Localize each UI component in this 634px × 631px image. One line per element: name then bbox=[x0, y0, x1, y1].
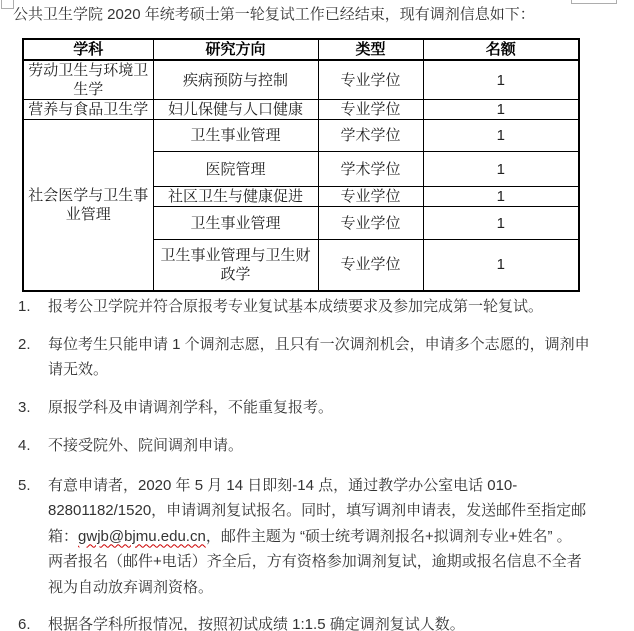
note-text-line: 报考公卫学院并符合原报考专业复试基本成绩要求及参加完成第一轮复试。 bbox=[48, 294, 618, 320]
note-item-1: 1. 报考公卫学院并符合原报考专业复试基本成绩要求及参加完成第一轮复试。 bbox=[18, 294, 618, 320]
cell-subject: 社会医学与卫生事 业管理 bbox=[23, 120, 153, 291]
cell-quota: 1 bbox=[423, 60, 579, 100]
note-number: 5. bbox=[18, 473, 31, 499]
note-text-line: 原报学科及申请调剂学科，不能重复报考。 bbox=[48, 395, 618, 421]
cell-direction: 卫生事业管理 bbox=[153, 120, 318, 152]
note-item-3: 3. 原报学科及申请调剂学科，不能重复报考。 bbox=[18, 395, 618, 421]
intro-paragraph: 公共卫生学院 2020 年统考硕士第一轮复试工作已经结束，现有调剂信息如下： bbox=[13, 4, 535, 26]
subject-line: 业管理 bbox=[27, 205, 150, 224]
note-text-segment: ，邮件主题为 “硕士统考调剂报名+拟调剂专业+姓名” 。 bbox=[206, 528, 572, 545]
cell-direction: 妇儿保健与人口健康 bbox=[153, 100, 318, 120]
cell-type: 专业学位 bbox=[318, 187, 423, 207]
note-item-4: 4. 不接受院外、院间调剂申请。 bbox=[18, 433, 618, 459]
top-right-corner-mark bbox=[571, 0, 617, 4]
cell-subject: 劳动卫生与环境卫 生学 bbox=[23, 60, 153, 100]
subject-line: 营养与食品卫生学 bbox=[27, 100, 150, 119]
note-number: 4. bbox=[18, 433, 31, 459]
subject-line: 社会医学与卫生事 bbox=[27, 186, 150, 205]
notes-list: 1. 报考公卫学院并符合原报考专业复试基本成绩要求及参加完成第一轮复试。 2. … bbox=[18, 294, 618, 631]
note-text-line: 两者报名（邮件+电话）齐全后，方有资格参加调剂复试，逾期或报名信息不全者 bbox=[48, 549, 618, 575]
cell-type: 学术学位 bbox=[318, 120, 423, 152]
cell-direction: 疾病预防与控制 bbox=[153, 60, 318, 100]
subject-line: 生学 bbox=[27, 80, 150, 99]
cell-quota: 1 bbox=[423, 152, 579, 187]
note-number: 6. bbox=[18, 612, 31, 631]
cell-quota: 1 bbox=[423, 100, 579, 120]
subject-line: 劳动卫生与环境卫 bbox=[27, 61, 150, 80]
note-text-line: 请无效。 bbox=[48, 357, 618, 383]
cell-type: 专业学位 bbox=[318, 240, 423, 291]
note-item-6: 6. 根据各学科所报情况，按照初试成绩 1:1.5 确定调剂复试人数。 bbox=[18, 612, 618, 631]
cell-direction: 卫生事业管理 bbox=[153, 207, 318, 240]
table-row: 营养与食品卫生学 妇儿保健与人口健康 专业学位 1 bbox=[23, 100, 579, 120]
direction-line: 政学 bbox=[157, 265, 315, 284]
table-row: 社会医学与卫生事 业管理 卫生事业管理 学术学位 1 bbox=[23, 120, 579, 152]
note-text-line: 有意申请者，2020 年 5 月 14 日即刻-14 点，通过教学办公室电话 0… bbox=[48, 473, 618, 499]
cell-quota: 1 bbox=[423, 240, 579, 291]
note-number: 2. bbox=[18, 332, 31, 358]
cell-type: 专业学位 bbox=[318, 60, 423, 100]
cell-subject: 营养与食品卫生学 bbox=[23, 100, 153, 120]
note-text-line: 不接受院外、院间调剂申请。 bbox=[48, 433, 618, 459]
note-text-line-with-email: 箱：gwjb@bjmu.edu.cn，邮件主题为 “硕士统考调剂报名+拟调剂专业… bbox=[48, 524, 618, 550]
note-text-line: 根据各学科所报情况，按照初试成绩 1:1.5 确定调剂复试人数。 bbox=[48, 612, 618, 631]
table-row: 劳动卫生与环境卫 生学 疾病预防与控制 专业学位 1 bbox=[23, 60, 579, 100]
note-number: 3. bbox=[18, 395, 31, 421]
cell-quota: 1 bbox=[423, 120, 579, 152]
note-number: 1. bbox=[18, 294, 31, 320]
document-page: 公共卫生学院 2020 年统考硕士第一轮复试工作已经结束，现有调剂信息如下： 学… bbox=[0, 0, 634, 631]
adjustment-quota-table: 学科 研究方向 类型 名额 劳动卫生与环境卫 生学 疾病预防与控制 专业学位 1… bbox=[22, 38, 580, 292]
cell-type: 专业学位 bbox=[318, 100, 423, 120]
header-subject: 学科 bbox=[23, 39, 153, 60]
direction-line: 卫生事业管理与卫生财 bbox=[157, 246, 315, 265]
table-header-row: 学科 研究方向 类型 名额 bbox=[23, 39, 579, 60]
cell-type: 学术学位 bbox=[318, 152, 423, 187]
note-text-line: 视为自动放弃调剂资格。 bbox=[48, 575, 618, 601]
note-item-5: 5. 有意申请者，2020 年 5 月 14 日即刻-14 点，通过教学办公室电… bbox=[18, 473, 618, 601]
cell-type: 专业学位 bbox=[318, 207, 423, 240]
contact-email: gwjb@bjmu.edu.cn bbox=[78, 528, 206, 545]
cell-direction: 医院管理 bbox=[153, 152, 318, 187]
note-text-segment: 箱： bbox=[48, 528, 78, 545]
note-text-line: 每位考生只能申请 1 个调剂志愿，且只有一次调剂机会，申请多个志愿的，调剂申 bbox=[48, 332, 618, 358]
note-text-line: 82801182/1520，申请调剂复试报名。同时，填写调剂申请表，发送邮件至指… bbox=[48, 498, 618, 524]
header-type: 类型 bbox=[318, 39, 423, 60]
header-direction: 研究方向 bbox=[153, 39, 318, 60]
header-quota: 名额 bbox=[423, 39, 579, 60]
cell-quota: 1 bbox=[423, 207, 579, 240]
cell-quota: 1 bbox=[423, 187, 579, 207]
note-item-2: 2. 每位考生只能申请 1 个调剂志愿，且只有一次调剂机会，申请多个志愿的，调剂… bbox=[18, 332, 618, 383]
cell-direction: 卫生事业管理与卫生财 政学 bbox=[153, 240, 318, 291]
cell-direction: 社区卫生与健康促进 bbox=[153, 187, 318, 207]
